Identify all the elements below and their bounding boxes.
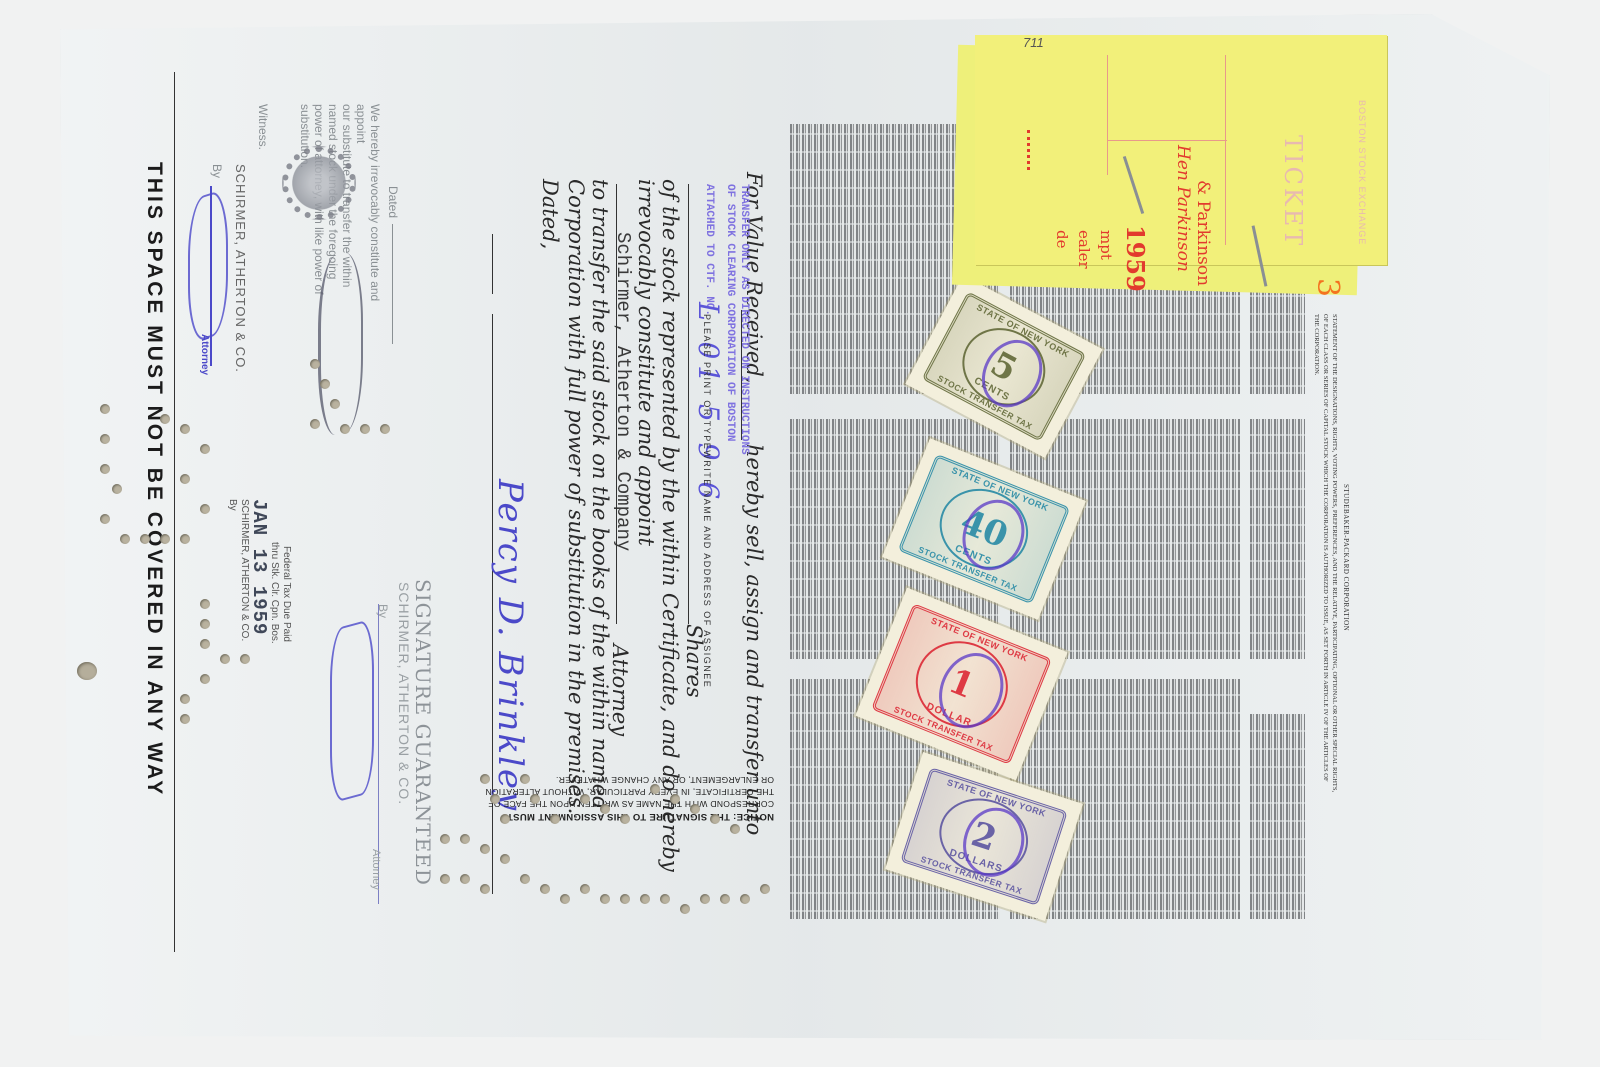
dated-line bbox=[492, 234, 493, 294]
staple bbox=[1123, 156, 1144, 214]
binder-hole bbox=[77, 662, 97, 680]
clearing-stamp-line1: TRANSFER ONLY AS DIRECTED ON INSTRUCTION… bbox=[738, 184, 750, 455]
tax-by: By bbox=[227, 499, 238, 511]
guarantee-title: SIGNATURE GUARANTEED bbox=[411, 579, 435, 886]
guarantee-attorney: Attorney bbox=[370, 849, 382, 890]
irrevocably: irrevocably constitute and appoint bbox=[634, 179, 658, 546]
tax-line1: Federal Tax Due Paid bbox=[281, 546, 292, 642]
ticket-partial-2: ealer bbox=[1075, 230, 1093, 269]
ticket-firm: & Parkinson bbox=[1193, 180, 1213, 286]
text-column-9 bbox=[1250, 714, 1305, 919]
dated-label: Dated, bbox=[538, 179, 562, 249]
ticket-header: BOSTON STOCK EXCHANGE bbox=[1357, 100, 1367, 245]
guarantee-signature bbox=[330, 618, 374, 804]
attached-to-ctf-label: ATTACHED TO CTF. NO. bbox=[703, 184, 715, 316]
sub-signature bbox=[318, 249, 363, 439]
ticket-partial-1: mpt bbox=[1097, 230, 1115, 260]
fine-print-corporation: STUDEBAKER-PACKARD CORPORATION bbox=[1342, 484, 1350, 631]
sub-dated-label: Dated bbox=[386, 186, 400, 218]
assignor-signature: Percy D. Brinkley bbox=[490, 479, 530, 812]
notary-seal bbox=[282, 146, 356, 220]
sub-line: appoint bbox=[354, 104, 368, 143]
margin-warning: THIS SPACE MUST NOT BE COVERED IN ANY WA… bbox=[142, 162, 166, 797]
tax-line2: thru Stk. Clr. Cpn. Bos. bbox=[269, 542, 280, 644]
ticket-partial-3: de bbox=[1053, 230, 1071, 248]
margin-rule bbox=[174, 72, 175, 952]
fine-print-line: OF EACH CLASS OR SERIES OF CAPITAL STOCK… bbox=[1322, 314, 1329, 782]
shares-label: Shares bbox=[682, 624, 706, 698]
notice-line: OR ENLARGEMENT, OR ANY CHANGE WHATEVER. bbox=[514, 774, 774, 786]
ticket-red-bracket bbox=[1027, 130, 1036, 170]
sub-firm: SCHIRMER, ATHERTON & CO. bbox=[233, 164, 248, 373]
ticket-signature: Hen Parkinson bbox=[1173, 145, 1193, 272]
sub-attorney: Attorney bbox=[199, 334, 210, 375]
ticket-title: TICKET bbox=[1279, 135, 1307, 248]
of-the-stock: of the stock represented by the within C… bbox=[658, 179, 682, 872]
ticket-front: 711 TICKET BOSTON STOCK EXCHANGE & Parki… bbox=[975, 35, 1387, 265]
ticket-number: 3 bbox=[1310, 278, 1345, 297]
ticket-year: 1959 bbox=[1121, 225, 1150, 292]
by-signature bbox=[188, 188, 228, 345]
sub-by: By bbox=[210, 164, 224, 178]
tax-firm: SCHIRMER, ATHERTON & CO. bbox=[239, 499, 250, 641]
attorney-line bbox=[616, 184, 617, 624]
shares-line bbox=[688, 184, 689, 624]
text-column-6 bbox=[1250, 419, 1305, 659]
sub-witness: Witness. bbox=[256, 104, 270, 150]
sub-line: We hereby irrevocably constitute and bbox=[368, 104, 382, 301]
sub-dated-line bbox=[392, 224, 393, 344]
notice-line: CORRESPOND WITH THE NAME AS WRITTEN UPON… bbox=[514, 798, 774, 810]
clearing-stamp-line2: OF STOCK CLEARING CORPORATION OF BOSTON bbox=[724, 184, 736, 441]
tax-date: JAN 13 1959 bbox=[248, 499, 270, 635]
notice-line: THE CERTIFICATE, IN EVERY PARTICULAR, WI… bbox=[514, 786, 774, 798]
to-transfer: to transfer the said stock on the books … bbox=[588, 179, 612, 810]
fine-print-line: STATEMENT OF THE DESIGNATIONS, RIGHTS, V… bbox=[1331, 314, 1338, 792]
corporation-line: Corporation with full power of substitut… bbox=[564, 179, 588, 814]
ticket-handwritten: 711 bbox=[1023, 35, 1044, 50]
guarantee-firm: SCHIRMER, ATHERTON & CO. bbox=[396, 582, 412, 805]
fine-print-line: THE CORPORATION. bbox=[1313, 314, 1320, 375]
